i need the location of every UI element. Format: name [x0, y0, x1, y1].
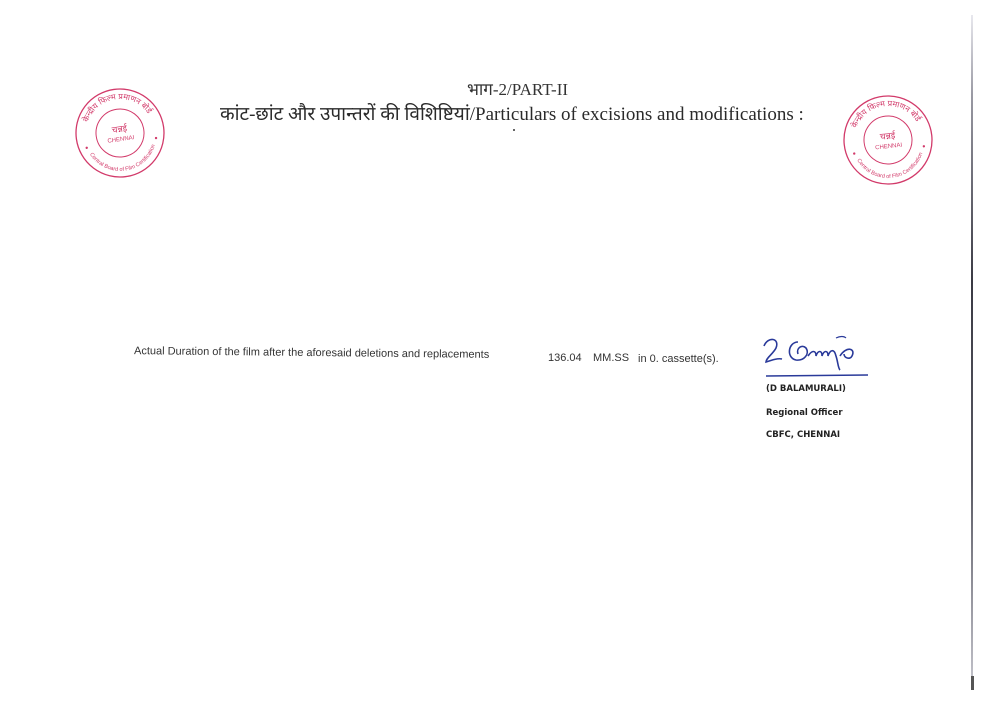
svg-text:Central Board of Film Certific: Central Board of Film Certification [88, 143, 160, 178]
svg-text:CHENNAI: CHENNAI [107, 135, 135, 145]
officer-name: (D BALAMURALI) [766, 384, 846, 394]
svg-text:चन्नई: चन्नई [879, 129, 896, 142]
duration-value: 136.04 [548, 352, 582, 364]
cbfc-stamp-right: केन्द्रीय फिल्म प्रमाणन बोर्ड Central Bo… [837, 89, 938, 190]
stray-dot [513, 129, 515, 131]
duration-unit: MM.SS [593, 352, 629, 364]
svg-text:चन्नई: चन्नई [111, 122, 129, 135]
page-edge-line [971, 15, 973, 680]
cassette-count: in 0. cassette(s). [638, 353, 719, 365]
svg-text:CHENNAI: CHENNAI [875, 143, 903, 152]
svg-text:केन्द्रीय फिल्म प्रमाणन बोर्ड: केन्द्रीय फिल्म प्रमाणन बोर्ड [846, 95, 924, 131]
officer-title: Regional Officer [766, 408, 843, 418]
signature [760, 332, 870, 382]
section-heading: कांट-छांट और उपान्तरों की विशिष्टियां/Pa… [220, 100, 804, 126]
part-title: भाग-2/PART-II [0, 77, 1000, 100]
officer-office: CBFC, CHENNAI [766, 430, 840, 440]
page-edge-mark [971, 676, 974, 690]
duration-label: Actual Duration of the film after the af… [134, 345, 489, 361]
